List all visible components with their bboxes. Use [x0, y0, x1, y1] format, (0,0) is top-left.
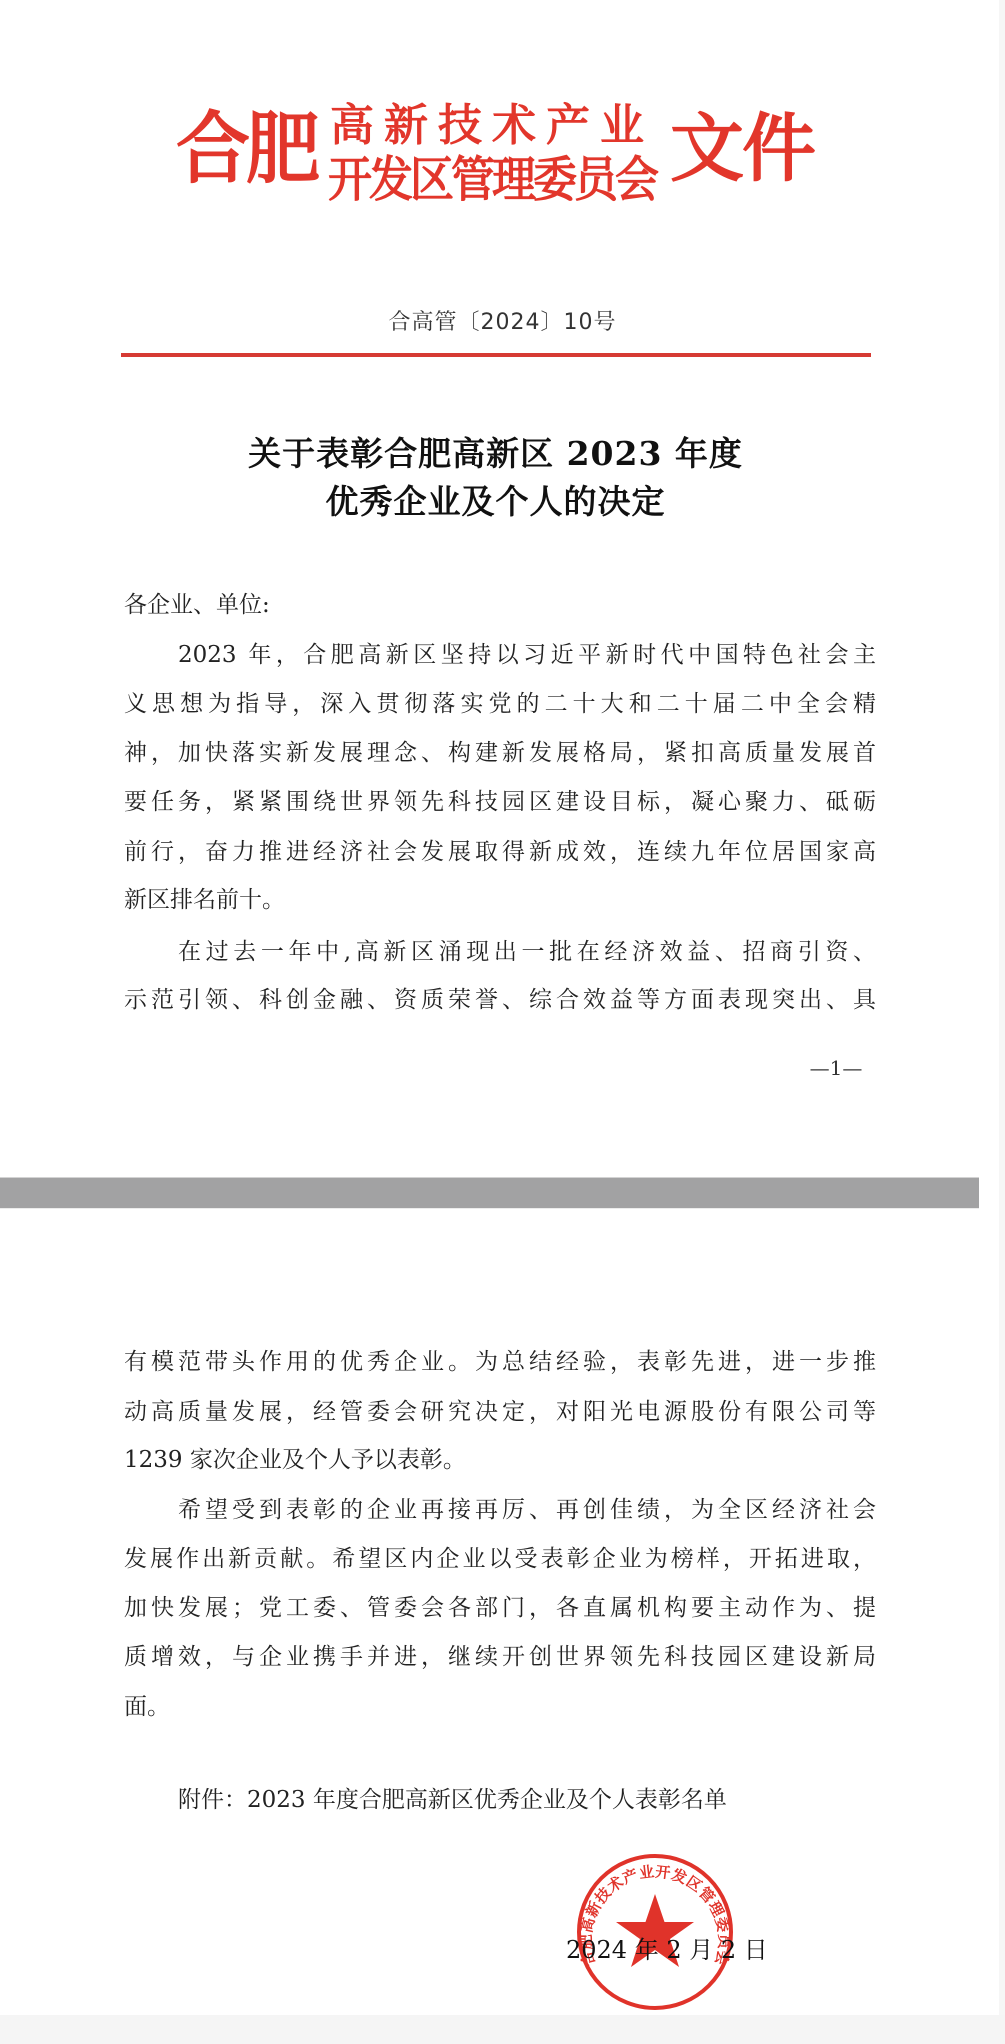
body-line: 神，加快落实新发展理念、构建新发展格局，紧扣高质量发展首 [124, 738, 876, 768]
page-separator [0, 1177, 979, 1209]
body-line: 要任务，紧紧围绕世界领先科技园区建设目标，凝心聚力、砥砺 [124, 787, 876, 817]
body-line: 在过去一年中,高新区涌现出一批在经济效益、招商引资、 [178, 937, 876, 967]
header-org-line-1: 高新技术产业 [330, 100, 654, 152]
page-number: —1— [796, 1055, 876, 1081]
body-line: 面。 [124, 1692, 876, 1722]
header-hefei: 合肥 [176, 102, 316, 197]
body-line: 2023 年，合肥高新区坚持以习近平新时代中国特色社会主 [178, 640, 876, 670]
salutation: 各企业、单位: [124, 590, 876, 620]
body-line: 发展作出新贡献。希望区内企业以受表彰企业为榜样，开拓进取， [124, 1544, 876, 1574]
body-line: 加快发展；党工委、管委会各部门，各直属机构要主动作为、提 [124, 1593, 876, 1623]
viewer-edge [999, 0, 1005, 2044]
body-line: 希望受到表彰的企业再接再厉、再创佳绩，为全区经济社会 [178, 1495, 876, 1525]
header-document-label: 文件 [670, 104, 814, 194]
body-line: 质增效，与企业携手并进，继续开创世界领先科技园区建设新局 [124, 1642, 876, 1672]
body-line: 有模范带头作用的优秀企业。为总结经验，表彰先进，进一步推 [124, 1347, 876, 1377]
document-title-line-1: 关于表彰合肥高新区 2023 年度 [0, 431, 998, 477]
red-divider [121, 353, 871, 357]
body-line: 新区排名前十。 [124, 885, 876, 915]
signing-date: 2024 年 2 月 2 日 [566, 1935, 768, 1965]
document-number: 合高管〔2024〕10号 [0, 308, 1005, 338]
header-org-line-2: 开发区管理委员会 [328, 152, 656, 209]
body-line: 义思想为指导，深入贯彻落实党的二十大和二十届二中全会精 [124, 689, 876, 719]
body-line: 动高质量发展，经管委会研究决定，对阳光电源股份有限公司等 [124, 1397, 876, 1427]
body-line: 示范引领、科创金融、资质荣誉、综合效益等方面表现突出、具 [124, 985, 876, 1015]
body-line: 1239 家次企业及个人予以表彰。 [124, 1445, 876, 1475]
document-title-line-2: 优秀企业及个人的决定 [0, 479, 998, 525]
attachment-note: 附件：2023 年度合肥高新区优秀企业及个人表彰名单 [178, 1785, 878, 1815]
viewer-bottom-edge [0, 2015, 1005, 2044]
body-line: 前行，奋力推进经济社会发展取得新成效，连续九年位居国家高 [124, 837, 876, 867]
